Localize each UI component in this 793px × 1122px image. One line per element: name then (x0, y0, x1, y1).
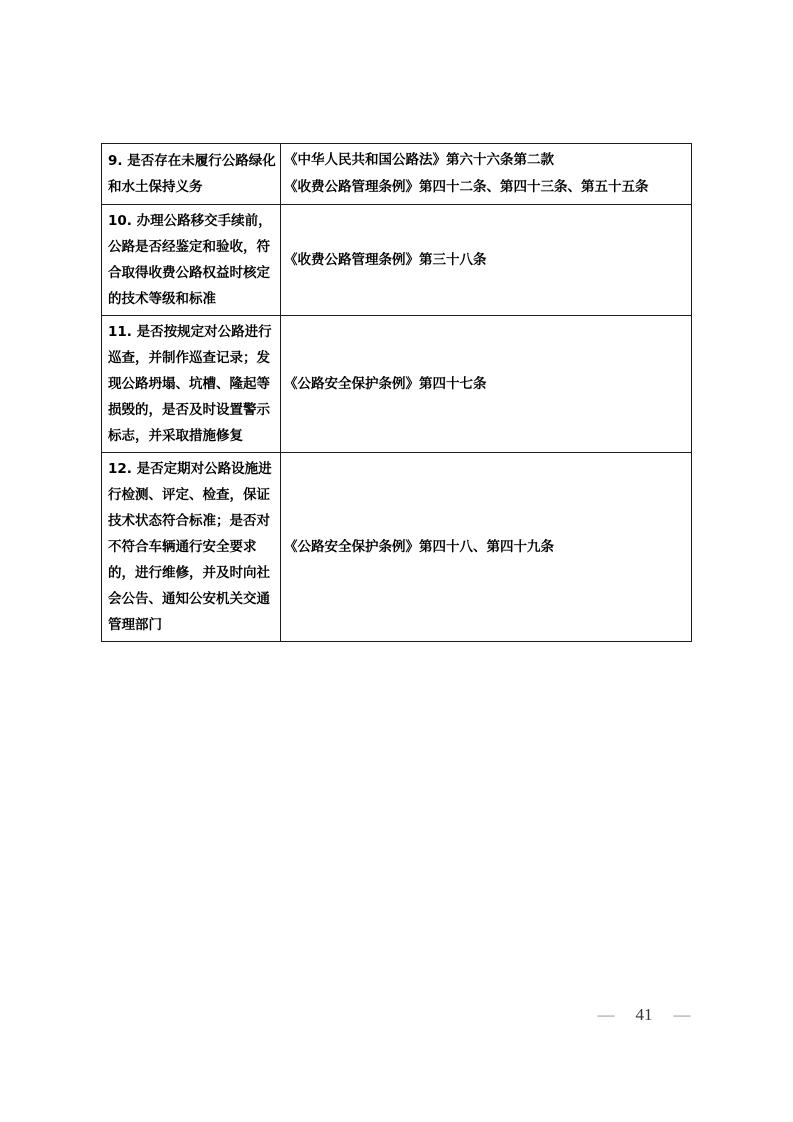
inspection-item-text: 11. 是否按规定对公路进行巡查，并制作巡查记录；发现公路坍塌、坑槽、隆起等损毁… (108, 319, 277, 449)
legal-basis-line: 《中华人民共和国公路法》第六十六条第二款 (284, 147, 685, 174)
inspection-item-text: 10. 办理公路移交手续前，公路是否经鉴定和验收，符合取得收费公路权益时核定的技… (108, 208, 277, 312)
inspection-item-text: 9. 是否存在未履行公路绿化和水土保持义务 (108, 148, 277, 200)
legal-basis-line: 《公路安全保护条例》第四十七条 (284, 371, 685, 398)
page-number: 41 (636, 1005, 653, 1025)
legal-basis-cell: 《公路安全保护条例》第四十八、第四十九条 (281, 453, 692, 642)
page-footer: — 41 — (554, 1002, 734, 1028)
compliance-inspection-table: 9. 是否存在未履行公路绿化和水土保持义务 《中华人民共和国公路法》第六十六条第… (101, 143, 692, 642)
table-row: 9. 是否存在未履行公路绿化和水土保持义务 《中华人民共和国公路法》第六十六条第… (102, 144, 692, 205)
table-row: 11. 是否按规定对公路进行巡查，并制作巡查记录；发现公路坍塌、坑槽、隆起等损毁… (102, 316, 692, 453)
inspection-item-cell: 12. 是否定期对公路设施进行检测、评定、检查，保证技术状态符合标准；是否对不符… (102, 453, 281, 642)
table-row: 10. 办理公路移交手续前，公路是否经鉴定和验收，符合取得收费公路权益时核定的技… (102, 205, 692, 316)
legal-basis-cell: 《收费公路管理条例》第三十八条 (281, 205, 692, 316)
legal-basis-line: 《公路安全保护条例》第四十八、第四十九条 (284, 534, 685, 561)
legal-basis-line: 《收费公路管理条例》第四十二条、第四十三条、第五十五条 (284, 174, 685, 201)
footer-dash-left: — (598, 1005, 615, 1025)
table-row: 12. 是否定期对公路设施进行检测、评定、检查，保证技术状态符合标准；是否对不符… (102, 453, 692, 642)
legal-basis-cell: 《公路安全保护条例》第四十七条 (281, 316, 692, 453)
footer-dash-right: — (674, 1005, 691, 1025)
inspection-item-cell: 10. 办理公路移交手续前，公路是否经鉴定和验收，符合取得收费公路权益时核定的技… (102, 205, 281, 316)
legal-basis-cell: 《中华人民共和国公路法》第六十六条第二款 《收费公路管理条例》第四十二条、第四十… (281, 144, 692, 205)
legal-basis-line: 《收费公路管理条例》第三十八条 (284, 247, 685, 274)
inspection-item-text: 12. 是否定期对公路设施进行检测、评定、检查，保证技术状态符合标准；是否对不符… (108, 456, 277, 638)
document-page: 9. 是否存在未履行公路绿化和水土保持义务 《中华人民共和国公路法》第六十六条第… (0, 0, 793, 1122)
inspection-item-cell: 11. 是否按规定对公路进行巡查，并制作巡查记录；发现公路坍塌、坑槽、隆起等损毁… (102, 316, 281, 453)
inspection-item-cell: 9. 是否存在未履行公路绿化和水土保持义务 (102, 144, 281, 205)
